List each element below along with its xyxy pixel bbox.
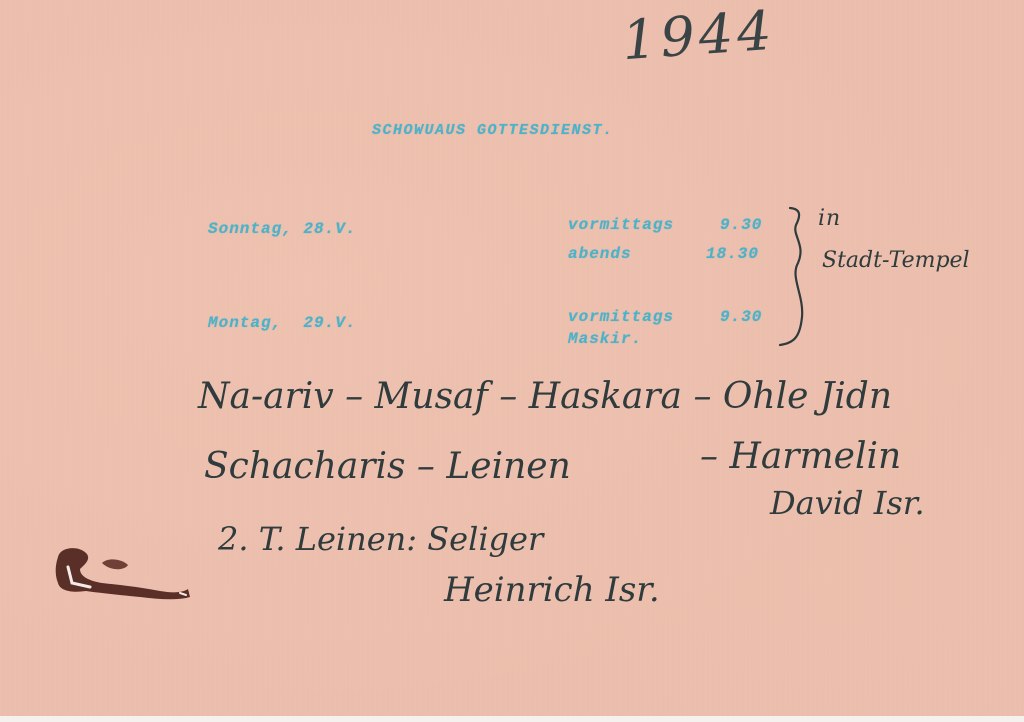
- schedule-monday-morning-time: 9.30: [720, 308, 762, 326]
- document-page: 1944 SCHOWUAUS GOTTESDIENST. Sonntag, 28…: [0, 0, 1024, 716]
- scan-edge: [0, 716, 1024, 722]
- schedule-monday-morning-label: vormittags: [568, 308, 674, 326]
- schedule-sunday-morning-label: vormittags: [568, 216, 674, 234]
- brace-icon: [776, 205, 816, 350]
- handwritten-line-heinrich: Heinrich Isr.: [444, 570, 660, 610]
- schedule-day-sunday: Sonntag, 28.V.: [208, 220, 356, 238]
- location-note-stadt-tempel: Stadt-Tempel: [822, 248, 970, 273]
- schedule-sunday-evening-time: 18.30: [706, 245, 759, 263]
- location-note-in: in: [818, 206, 841, 231]
- schedule-monday-maskir: Maskir.: [568, 330, 642, 348]
- handwritten-line-david: David Isr.: [770, 484, 925, 522]
- ink-stain: [50, 545, 200, 610]
- schedule-sunday-morning-time: 9.30: [720, 216, 762, 234]
- handwritten-line-seliger: 2. T. Leinen: Seliger: [218, 520, 543, 558]
- handwritten-line-schacharis: Schacharis – Leinen: [204, 446, 571, 487]
- document-title: SCHOWUAUS GOTTESDIENST.: [372, 122, 614, 139]
- year-note: 1944: [620, 0, 777, 72]
- handwritten-line-harmelin: – Harmelin: [700, 436, 901, 477]
- schedule-day-monday: Montag, 29.V.: [208, 314, 356, 332]
- schedule-sunday-evening-label: abends: [568, 245, 632, 263]
- handwritten-line-prayers: Na-ariv – Musaf – Haskara – Ohle Jidn: [198, 376, 892, 417]
